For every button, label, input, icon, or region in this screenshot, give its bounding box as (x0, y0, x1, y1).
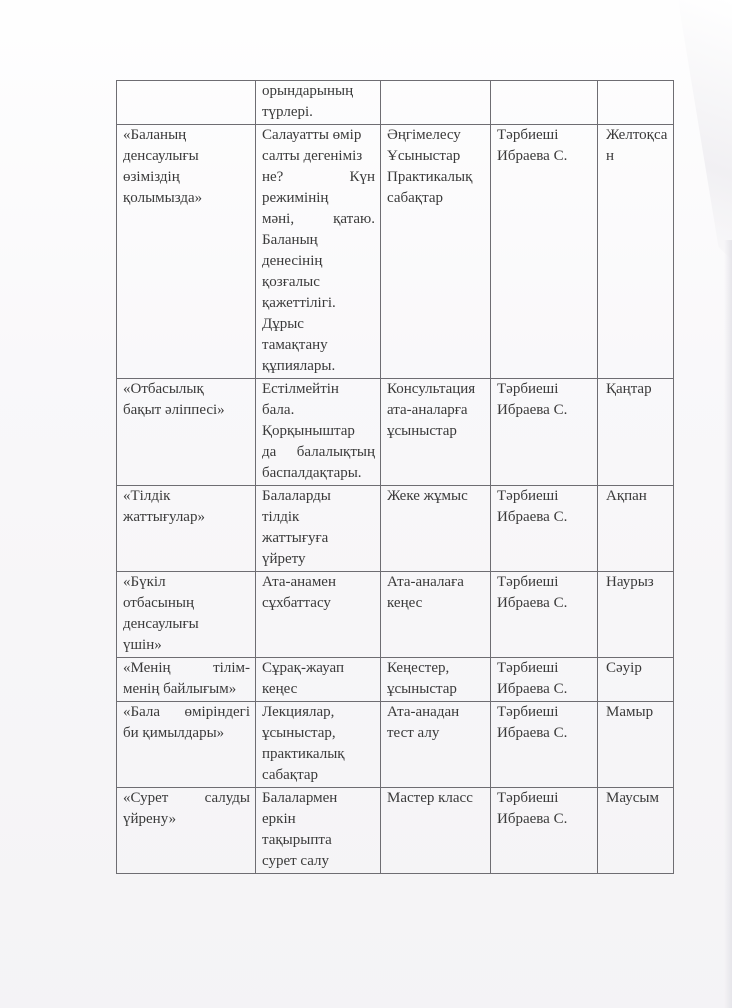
cell-topic: «Балаөміріндегі би қимылдары» (117, 702, 256, 788)
cell-text: менің байлығым» (123, 679, 250, 700)
cell-text: Тәрбиеші (497, 572, 592, 593)
cell-text: би қимылдары» (123, 723, 250, 744)
cell-text: денесінің (262, 251, 375, 272)
cell-text: Кеңестер, (387, 658, 485, 679)
cell-responsible: Тәрбиеші Ибраева С. (491, 486, 598, 572)
cell-text: салуды (205, 788, 250, 809)
cell-text: үшін» (123, 635, 250, 656)
cell-text: отбасының (123, 593, 250, 614)
cell-topic: «Тілдік жаттығулар» (117, 486, 256, 572)
cell-text: мәні, (262, 209, 294, 230)
cell-text: Ибраева С. (497, 809, 592, 830)
cell-form: Кеңестер, ұсыныстар (381, 658, 491, 702)
cell-text: ұсыныстар, (262, 723, 375, 744)
cell-topic: «Меніңтілім- менің байлығым» (117, 658, 256, 702)
cell-text: Ибраева С. (497, 593, 592, 614)
cell-text: балалықтың (297, 442, 375, 463)
cell-text-justified: дабалалықтың (262, 442, 375, 463)
cell-month: Мамыр (598, 702, 674, 788)
table-row: «Баланың денсаулығы өзіміздің қолымызда»… (117, 125, 674, 379)
cell-content: Ата-анамен сұхбаттасу (256, 572, 381, 658)
cell-text: Ата-анамен (262, 572, 375, 593)
work-plan-table: орындарының түрлері. «Баланың денсаулығы… (116, 80, 674, 874)
cell-text-justified: мәні,қатаю. (262, 209, 375, 230)
cell-form: Мастер класс (381, 788, 491, 874)
page-edge-shadow (724, 240, 732, 1008)
cell-text: түрлері. (262, 102, 375, 123)
cell-text: орындарының (262, 81, 375, 102)
cell-text: қолымызда» (123, 188, 250, 209)
cell-text-justified: не?Күн (262, 167, 375, 188)
cell-text: режимінің (262, 188, 375, 209)
cell-content: Салауатты өмір салты дегеніміз не?Күн ре… (256, 125, 381, 379)
cell-text: кеңес (387, 593, 485, 614)
cell-month (598, 81, 674, 125)
cell-text: Тәрбиеші (497, 125, 592, 146)
cell-text-justified: «Суретсалуды (123, 788, 250, 809)
cell-text: сурет салу (262, 851, 375, 872)
cell-text: жаттығулар» (123, 507, 250, 528)
cell-text: Ата-аналаға (387, 572, 485, 593)
cell-text: «Бала (123, 702, 160, 723)
cell-text: Ибраева С. (497, 723, 592, 744)
cell-text: «Тілдік (123, 486, 250, 507)
cell-text: сұхбаттасу (262, 593, 375, 614)
cell-text: тест алу (387, 723, 485, 744)
cell-text: Тәрбиеші (497, 702, 592, 723)
cell-form: Ата-анадан тест алу (381, 702, 491, 788)
table-row: «Суретсалуды үйрену» Балалармен еркін та… (117, 788, 674, 874)
cell-text: практикалық (262, 744, 375, 765)
cell-text: Әңгімелесу (387, 125, 485, 146)
cell-month: Қаңтар (598, 379, 674, 486)
cell-text: «Сурет (123, 788, 168, 809)
cell-text: Салауатты өмір (262, 125, 375, 146)
cell-form: Консультация ата-аналарға ұсыныстар (381, 379, 491, 486)
cell-text: ұсыныстар (387, 421, 485, 442)
cell-text: Консультация (387, 379, 485, 400)
cell-form (381, 81, 491, 125)
cell-text: Мастер класс (387, 788, 485, 809)
cell-text: Ибраева С. (497, 400, 592, 421)
cell-text-justified: «Меніңтілім- (123, 658, 250, 679)
cell-text: баспалдақтары. (262, 463, 375, 484)
cell-responsible: Тәрбиеші Ибраева С. (491, 379, 598, 486)
cell-topic: «Суретсалуды үйрену» (117, 788, 256, 874)
cell-form: Жеке жұмыс (381, 486, 491, 572)
cell-content: орындарының түрлері. (256, 81, 381, 125)
cell-text: Лекциялар, (262, 702, 375, 723)
cell-text: «Баланың (123, 125, 250, 146)
cell-text: құпиялары. (262, 356, 375, 377)
cell-text: өміріндегі (185, 702, 250, 723)
cell-topic (117, 81, 256, 125)
cell-responsible (491, 81, 598, 125)
cell-text: Тәрбиеші (497, 788, 592, 809)
cell-month: Сәуір (598, 658, 674, 702)
cell-text: Ибраева С. (497, 679, 592, 700)
cell-text: Естілмейтін (262, 379, 375, 400)
cell-text: Балалармен (262, 788, 375, 809)
table-row: «Бүкіл отбасының денсаулығы үшін» Ата-ан… (117, 572, 674, 658)
cell-text: Сұрақ-жауап (262, 658, 375, 679)
cell-text: Ұсыныстар (387, 146, 485, 167)
cell-text: үйрету (262, 549, 375, 570)
cell-text: Тәрбиеші (497, 658, 592, 679)
cell-topic: «Бүкіл отбасының денсаулығы үшін» (117, 572, 256, 658)
cell-topic: «Баланың денсаулығы өзіміздің қолымызда» (117, 125, 256, 379)
cell-text: Ата-анадан (387, 702, 485, 723)
cell-text: Қорқыныштар (262, 421, 375, 442)
cell-text: Тәрбиеші (497, 379, 592, 400)
cell-content: Балаларды тілдік жаттығуға үйрету (256, 486, 381, 572)
cell-responsible: Тәрбиеші Ибраева С. (491, 658, 598, 702)
cell-text: «Бүкіл (123, 572, 250, 593)
cell-text: Балаларды (262, 486, 375, 507)
cell-month: Ақпан (598, 486, 674, 572)
cell-topic: «Отбасылық бақыт әліппесі» (117, 379, 256, 486)
cell-month: Желтоқсан (598, 125, 674, 379)
cell-form: Ата-аналаға кеңес (381, 572, 491, 658)
cell-text-justified: «Балаөміріндегі (123, 702, 250, 723)
cell-text: Күн (349, 167, 375, 188)
cell-text: «Отбасылық (123, 379, 250, 400)
cell-text: тақырыпта (262, 830, 375, 851)
cell-text: ұсыныстар (387, 679, 485, 700)
cell-form: Әңгімелесу Ұсыныстар Практикалық сабақта… (381, 125, 491, 379)
cell-text: қатаю. (333, 209, 375, 230)
cell-text: ата-аналарға (387, 400, 485, 421)
cell-text: қозғалыс (262, 272, 375, 293)
cell-text: жаттығуға (262, 528, 375, 549)
cell-text: денсаулығы (123, 146, 250, 167)
cell-text: Баланың (262, 230, 375, 251)
cell-text: Ибраева С. (497, 146, 592, 167)
cell-responsible: Тәрбиеші Ибраева С. (491, 788, 598, 874)
cell-responsible: Тәрбиеші Ибраева С. (491, 702, 598, 788)
cell-text: салты дегеніміз (262, 146, 375, 167)
cell-text: еркін (262, 809, 375, 830)
table-row: «Тілдік жаттығулар» Балаларды тілдік жат… (117, 486, 674, 572)
cell-text: «Менің (123, 658, 171, 679)
cell-text: Жеке жұмыс (387, 486, 485, 507)
cell-content: Балалармен еркін тақырыпта сурет салу (256, 788, 381, 874)
cell-month: Наурыз (598, 572, 674, 658)
table-row: «Меніңтілім- менің байлығым» Сұрақ-жауап… (117, 658, 674, 702)
cell-text: не? (262, 167, 283, 188)
cell-text: сабақтар (262, 765, 375, 786)
cell-text: өзіміздің (123, 167, 250, 188)
cell-text: бақыт әліппесі» (123, 400, 250, 421)
cell-text: тамақтану (262, 335, 375, 356)
table-row: «Отбасылық бақыт әліппесі» Естілмейтін б… (117, 379, 674, 486)
cell-text: сабақтар (387, 188, 485, 209)
cell-text: тілім- (213, 658, 250, 679)
cell-text: Тәрбиеші (497, 486, 592, 507)
table-row: «Балаөміріндегі би қимылдары» Лекциялар,… (117, 702, 674, 788)
cell-month: Маусым (598, 788, 674, 874)
cell-text: кеңес (262, 679, 375, 700)
cell-text: Дұрыс (262, 314, 375, 335)
table-body: орындарының түрлері. «Баланың денсаулығы… (117, 81, 674, 874)
cell-responsible: Тәрбиеші Ибраева С. (491, 125, 598, 379)
cell-text: Ибраева С. (497, 507, 592, 528)
cell-text: қажеттілігі. (262, 293, 375, 314)
cell-text: үйрену» (123, 809, 250, 830)
cell-content: Сұрақ-жауап кеңес (256, 658, 381, 702)
cell-text: да (262, 442, 276, 463)
cell-text: денсаулығы (123, 614, 250, 635)
table-row: орындарының түрлері. (117, 81, 674, 125)
cell-text: бала. (262, 400, 375, 421)
cell-responsible: Тәрбиеші Ибраева С. (491, 572, 598, 658)
cell-text: Практикалық (387, 167, 485, 188)
cell-content: Естілмейтін бала. Қорқыныштар дабалалықт… (256, 379, 381, 486)
cell-content: Лекциялар, ұсыныстар, практикалық сабақт… (256, 702, 381, 788)
cell-text: тілдік (262, 507, 375, 528)
